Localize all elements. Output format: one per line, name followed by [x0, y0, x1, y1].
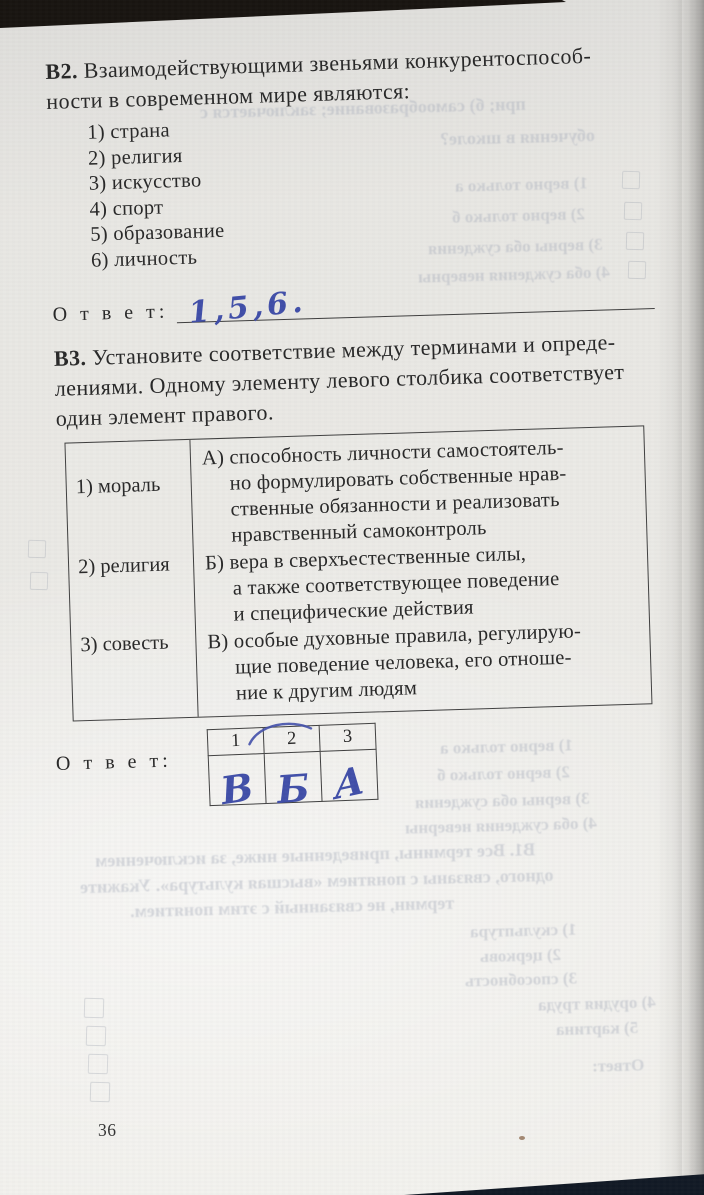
b3-answer-grid-cell-2: Б — [264, 751, 322, 803]
bleedthrough-text: 3) способность — [465, 969, 577, 992]
scanned-workbook-page: при; б) самообразование; заключается соб… — [0, 0, 704, 1195]
b3-answer-grid-cell-1: В — [208, 753, 266, 805]
b3-answer-label: О т в е т: — [56, 749, 172, 775]
b3-answer-grid-cell-3: А — [320, 749, 378, 801]
b3-answer-grid-value-row: В Б А — [208, 749, 378, 805]
pen-flourish — [243, 716, 318, 750]
scan-edge-right — [674, 0, 704, 1195]
term-conscience: 3) совесть — [80, 631, 169, 657]
question-b2: В2. Взаимодействующими звеньями конкурен… — [45, 39, 655, 326]
bleedthrough-checkbox — [28, 540, 46, 558]
matching-table-terms-column: 1) мораль 2) религия 3) совесть — [65, 439, 198, 720]
term-religion: 2) религия — [78, 553, 170, 579]
page-content: В2. Взаимодействующими звеньями конкурен… — [45, 39, 669, 809]
bleedthrough-checkbox — [88, 1054, 109, 1075]
bleedthrough-checkbox — [86, 1026, 107, 1047]
bleedthrough-text: термин, не связанный с этим понятием. — [130, 893, 455, 922]
matching-table: 1) мораль 2) религия 3) совесть А) спосо… — [64, 425, 652, 721]
b2-answer-blank: 1,5,6. — [176, 272, 655, 323]
b2-answer-label: О т в е т: — [52, 300, 168, 326]
bleedthrough-text: 1) скульптура — [470, 920, 577, 943]
paper-speck — [519, 1136, 525, 1140]
bleedthrough-text: 2) церковь — [480, 945, 562, 967]
b3-answer-grid-header-3: 3 — [319, 723, 376, 751]
matching-table-definitions-column: А) способность личности самостоятель- но… — [190, 426, 651, 716]
b3-handwritten-answer-2: Б — [276, 767, 311, 809]
page-number: 36 — [98, 1120, 117, 1141]
b3-handwritten-answer-1: В — [219, 766, 257, 810]
question-b3: В3. Установите соответствие между термин… — [54, 326, 670, 810]
bleedthrough-text: 4) орудия труда — [538, 992, 656, 1015]
b2-handwritten-answer: 1,5,6. — [187, 284, 308, 331]
term-moral: 1) мораль — [75, 473, 160, 498]
b2-options-list: 1) страна 2) религия 3) искусство 4) спо… — [87, 104, 653, 274]
bleedthrough-checkbox — [90, 1082, 111, 1103]
bleedthrough-text: 4) оба суждения неверны — [405, 813, 597, 838]
b3-question-number: В3. — [54, 344, 87, 370]
b2-question-number: В2. — [45, 58, 78, 84]
bleedthrough-checkbox — [84, 998, 105, 1019]
bleedthrough-text: 5) картина — [556, 1018, 639, 1040]
bleedthrough-text: Ответ: — [592, 1055, 645, 1076]
bleedthrough-checkbox — [30, 572, 48, 590]
b2-answer-line: О т в е т: 1,5,6. — [52, 273, 655, 327]
b3-handwritten-answer-3: А — [333, 758, 366, 805]
